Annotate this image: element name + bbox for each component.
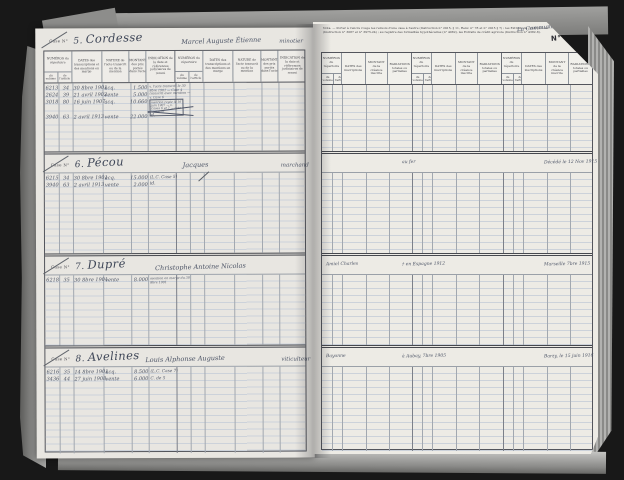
col-numeros-subcols: du volume de l'article: [175, 71, 202, 82]
handwritten-note: † en Espagne 1912: [402, 262, 445, 268]
handwritten-profession: minotier: [279, 39, 303, 45]
handwritten-surname: 8.Avelines: [75, 348, 140, 364]
entry-volume: 3940: [46, 182, 59, 188]
col-numeros-label: NUMÉROS du répertoire: [412, 53, 431, 73]
case-number-value: 8.: [75, 354, 85, 364]
handwritten-profession: viticulteur: [281, 357, 310, 363]
handwritten-surname: 5.Cordesse: [73, 30, 143, 47]
entry-amount: 5.000: [129, 92, 147, 98]
entry-date: 2 avril 1913: [74, 114, 105, 121]
section-7-title: Case N° 7.Dupré Christophe Antoine Nicol…: [45, 256, 305, 276]
entry-volume: 6218: [46, 277, 59, 283]
entry-amount: 15.000: [130, 175, 148, 181]
entry-amount: 8.000: [130, 277, 148, 283]
col-radiations: RADIATIONS totales ou partielles: [478, 53, 501, 84]
col-numeros-subcols: du volume de l'article: [44, 71, 71, 82]
entry-nature: acq.: [105, 369, 131, 376]
entry-note: (L.C. Case 5): [150, 175, 194, 181]
entry-row: 3436 44 27 juin 1908 vente 6.000 C. de 5: [45, 376, 305, 384]
col-de-l-article: de l'article: [334, 74, 342, 84]
entry-row: 3940 63 2 avril 1913 vente 2.000 id.: [45, 182, 305, 190]
entry-amount: 8.500: [130, 369, 148, 375]
section-5-grid-right: [322, 85, 592, 151]
section-6-grid: 6215 34 30 8bre 1901 acq. 15.000 (L.C. C…: [45, 173, 305, 254]
entry-note: C. de 5: [150, 376, 194, 382]
col-numeros-label: NUMÉROS du répertoire: [322, 53, 341, 73]
case-number-value: 6.: [75, 160, 85, 170]
handwritten-note: à Aubay, 7bre 1905: [402, 354, 446, 360]
col-de-l-article: de l'article: [424, 74, 432, 84]
col-numeros: NUMÉROS du répertoire du volume de l'art…: [322, 53, 342, 84]
surname-text: Dupré: [87, 256, 126, 271]
col-dates: DATES des inscriptions: [522, 53, 546, 84]
col-montant: MONTANT de la créance inscrite: [366, 53, 389, 84]
handwritten-note: Barzy, le 15 juin 1916: [544, 354, 594, 360]
col-montant: MONTANT de la créance inscrite: [546, 53, 569, 84]
entry-volume: 6213: [45, 85, 58, 91]
col-du-volume: du volume: [175, 72, 189, 82]
entry-note: mention en marge du 30 8bre 1901: [150, 277, 194, 285]
entry-volume: 3436: [46, 376, 59, 382]
entry-row: 6218 35 30 8bre 1901 vente 8.000 mention…: [45, 277, 305, 285]
section-6-grid-right: [322, 173, 592, 253]
entry-volume: 2624: [45, 92, 58, 98]
col-montant: MONTANT des prix portés dans l'acte: [261, 51, 278, 82]
entry-nature: acq.: [104, 99, 130, 106]
section-6-title-right: au fer Décédé le 12 Nov 1915: [322, 154, 592, 173]
section-5-title: Case N° 5.Cordesse Marcel Auguste Étienn…: [43, 30, 307, 51]
col-dates: DATES des inscriptions: [342, 53, 366, 84]
entry-article: 63: [59, 114, 72, 120]
col-numeros-subcols: du volume de l'article: [322, 73, 341, 84]
entry-nature: vente: [105, 114, 131, 121]
scanned-register-document: Case N° 5.Cordesse Marcel Auguste Étienn…: [0, 0, 624, 480]
entry-article: 63: [60, 182, 73, 188]
handwritten-given-names: Marcel Auguste Étienne: [181, 36, 261, 46]
section-8-grid-right: [322, 367, 592, 451]
entry-date: 30 8bre 1901: [73, 85, 104, 92]
col-de-l-article: de l'article: [514, 74, 522, 84]
col-numeros-subcols: du volume de l'article: [412, 73, 431, 84]
case-number-value: 7.: [75, 262, 85, 272]
surname-text: Pécou: [87, 154, 124, 169]
section-8-title-right: Bayonne à Aubay, 7bre 1905 Barzy, le 15 …: [322, 348, 592, 367]
handwritten-given-names: Christophe Antoine Nicolas: [155, 262, 246, 273]
entry-article: 44: [60, 376, 73, 382]
entry-date: 21 avril 1902: [73, 92, 104, 99]
left-page: Case N° 5.Cordesse Marcel Auguste Étienn…: [35, 28, 314, 459]
left-table-header: NUMÉROS du répertoire du volume de l'art…: [44, 51, 304, 84]
entry-nature: acq.: [104, 85, 130, 92]
case-number-label: Case N°: [51, 356, 70, 361]
col-dates: DATES des transcriptions et des mentions…: [72, 51, 102, 82]
entry-volume: 6215: [46, 175, 59, 181]
entry-nature: vente: [105, 277, 131, 284]
col-nature: NATURE de l'acte transcrit ou de la ment…: [233, 51, 261, 82]
entry-amount: 22.000: [129, 114, 147, 120]
col-numeros: NUMÉROS du répertoire du volume de l'art…: [412, 53, 432, 84]
col-numeros: NUMÉROS du répertoire du volume de l'art…: [44, 51, 72, 82]
entry-date: 30 8bre 1901: [74, 175, 105, 182]
case-number-label: Case N°: [51, 264, 70, 269]
handwritten-note: Marseille 7bre 1915: [544, 262, 590, 268]
case-number-label: Case N°: [51, 162, 70, 167]
col-du-volume: du volume: [44, 72, 58, 82]
section-8-grid: 6216 35 14 8bre 1901 acq. 8.500 (L.C. Ca…: [45, 367, 305, 454]
entry-note: (L.C. Case 7): [150, 369, 194, 375]
entry-row: 3940 63 2 avril 1913 vente 22.000 id.: [45, 114, 305, 122]
col-indication: INDICATION de la date et références judi…: [147, 51, 175, 82]
entry-nature: vente: [104, 92, 130, 99]
entry-note: id.: [150, 114, 194, 120]
header-group-1: NUMÉROS du répertoire du volume de l'art…: [44, 51, 175, 82]
handwritten-note: au fer: [402, 160, 416, 165]
right-table: NUMÉROS du répertoire du volume de l'art…: [321, 52, 593, 450]
handwritten-surname: 7.Dupré: [75, 256, 126, 272]
col-numeros-label: NUMÉROS du répertoire: [502, 53, 521, 73]
handwritten-note: Bayonne: [326, 354, 346, 359]
entry-nature: vente: [105, 376, 131, 383]
section-5-grid: 6213 34 30 8bre 1901 acq. 1.500 v. l'act…: [44, 83, 304, 152]
handwritten-surname: 6.Pécou: [74, 154, 124, 170]
section-8-title: Case N° 8.Avelines Louis Alphonse August…: [45, 348, 305, 368]
right-table-header: NUMÉROS du répertoire du volume de l'art…: [322, 53, 592, 85]
header-group-3: NUMÉROS du répertoire du volume de l'art…: [502, 53, 592, 84]
entry-volume: 3940: [45, 114, 58, 120]
col-du-volume: du volume: [412, 74, 424, 84]
col-montant: MONTANT des prix portés dans l'acte: [130, 51, 147, 82]
header-group-2: NUMÉROS du répertoire du volume de l'art…: [175, 51, 306, 82]
entry-amount: 6.000: [130, 376, 148, 382]
col-numeros-label: NUMÉROS du répertoire: [44, 51, 71, 71]
case-number-value: 5.: [73, 36, 83, 46]
col-radiations: RADIATIONS totales ou partielles: [388, 53, 411, 84]
header-group-2: NUMÉROS du répertoire du volume de l'art…: [412, 53, 502, 84]
entry-article: 80: [59, 99, 72, 105]
col-de-l-article: de l'article: [189, 72, 202, 82]
handwritten-given-names: Louis Alphonse Auguste: [145, 354, 225, 364]
entry-volume: 3018: [45, 99, 58, 105]
entry-article: 35: [60, 369, 73, 375]
handwritten-profession: marchand: [281, 163, 309, 169]
entry-date: 14 8bre 1901: [74, 369, 105, 376]
handwritten-note: Décédé le 12 Nov 1915: [544, 160, 597, 166]
surname-text: Cordesse: [85, 30, 143, 46]
handwritten-note: Amiel Charles: [326, 262, 358, 268]
section-7-title-right: Amiel Charles † en Espagne 1912 Marseill…: [322, 256, 592, 275]
col-montant: MONTANT de la créance inscrite: [456, 53, 479, 84]
entry-nature: vente: [105, 182, 131, 189]
entry-nature: acq.: [105, 175, 131, 182]
col-numeros: NUMÉROS du répertoire du volume de l'art…: [175, 51, 203, 82]
entry-article: 34: [60, 175, 73, 181]
col-numeros: NUMÉROS du répertoire du volume de l'art…: [502, 53, 522, 84]
entry-row: 3018 80 16 juin 1907 acq. 10.660 mention…: [44, 99, 304, 107]
col-indication: INDICATION de la date et références judi…: [278, 51, 306, 82]
col-de-l-article: de l'article: [58, 72, 71, 82]
col-nature: NATURE de l'acte transcrit ou de la ment…: [102, 51, 130, 82]
nota-paragraph: Nota. — Porter à l'encre rouge les renvo…: [323, 27, 549, 35]
header-group-1: NUMÉROS du répertoire du volume de l'art…: [322, 53, 412, 84]
entry-date: 27 juin 1908: [74, 376, 105, 383]
entry-amount: 2.000: [130, 182, 148, 188]
right-page: Nota. — Porter à l'encre rouge les renvo…: [313, 22, 598, 454]
entry-note: id.: [150, 182, 194, 188]
handwritten-given-names: Jacques: [183, 161, 209, 170]
left-table: NUMÉROS du répertoire du volume de l'art…: [43, 50, 306, 453]
col-dates: DATES des inscriptions: [432, 53, 456, 84]
entry-amount: 1.500: [129, 85, 147, 91]
col-numeros-subcols: du volume de l'article: [502, 73, 521, 84]
col-du-volume: du volume: [322, 74, 334, 84]
entry-date: 30 8bre 1901: [74, 277, 105, 284]
col-numeros-label: NUMÉROS du répertoire: [175, 51, 202, 71]
section-7-grid-right: [322, 275, 592, 345]
col-dates: DATES des transcriptions et des mentions…: [203, 51, 233, 82]
case-number-label: Case N°: [49, 38, 68, 43]
entry-article: 35: [60, 277, 73, 283]
entry-article: 34: [59, 85, 72, 91]
entry-date: 16 juin 1907: [73, 99, 104, 106]
col-du-volume: du volume: [502, 74, 514, 84]
section-6-title: Case N° 6.Pécou Jacques marchand: [45, 154, 305, 174]
section-7-grid: 6218 35 30 8bre 1901 vente 8.000 mention…: [45, 275, 305, 346]
entry-volume: 6216: [46, 369, 59, 375]
entry-article: 39: [59, 92, 72, 98]
entry-date: 2 avril 1913: [74, 182, 105, 189]
entry-amount: 10.660: [129, 99, 147, 105]
surname-text: Avelines: [88, 348, 140, 364]
